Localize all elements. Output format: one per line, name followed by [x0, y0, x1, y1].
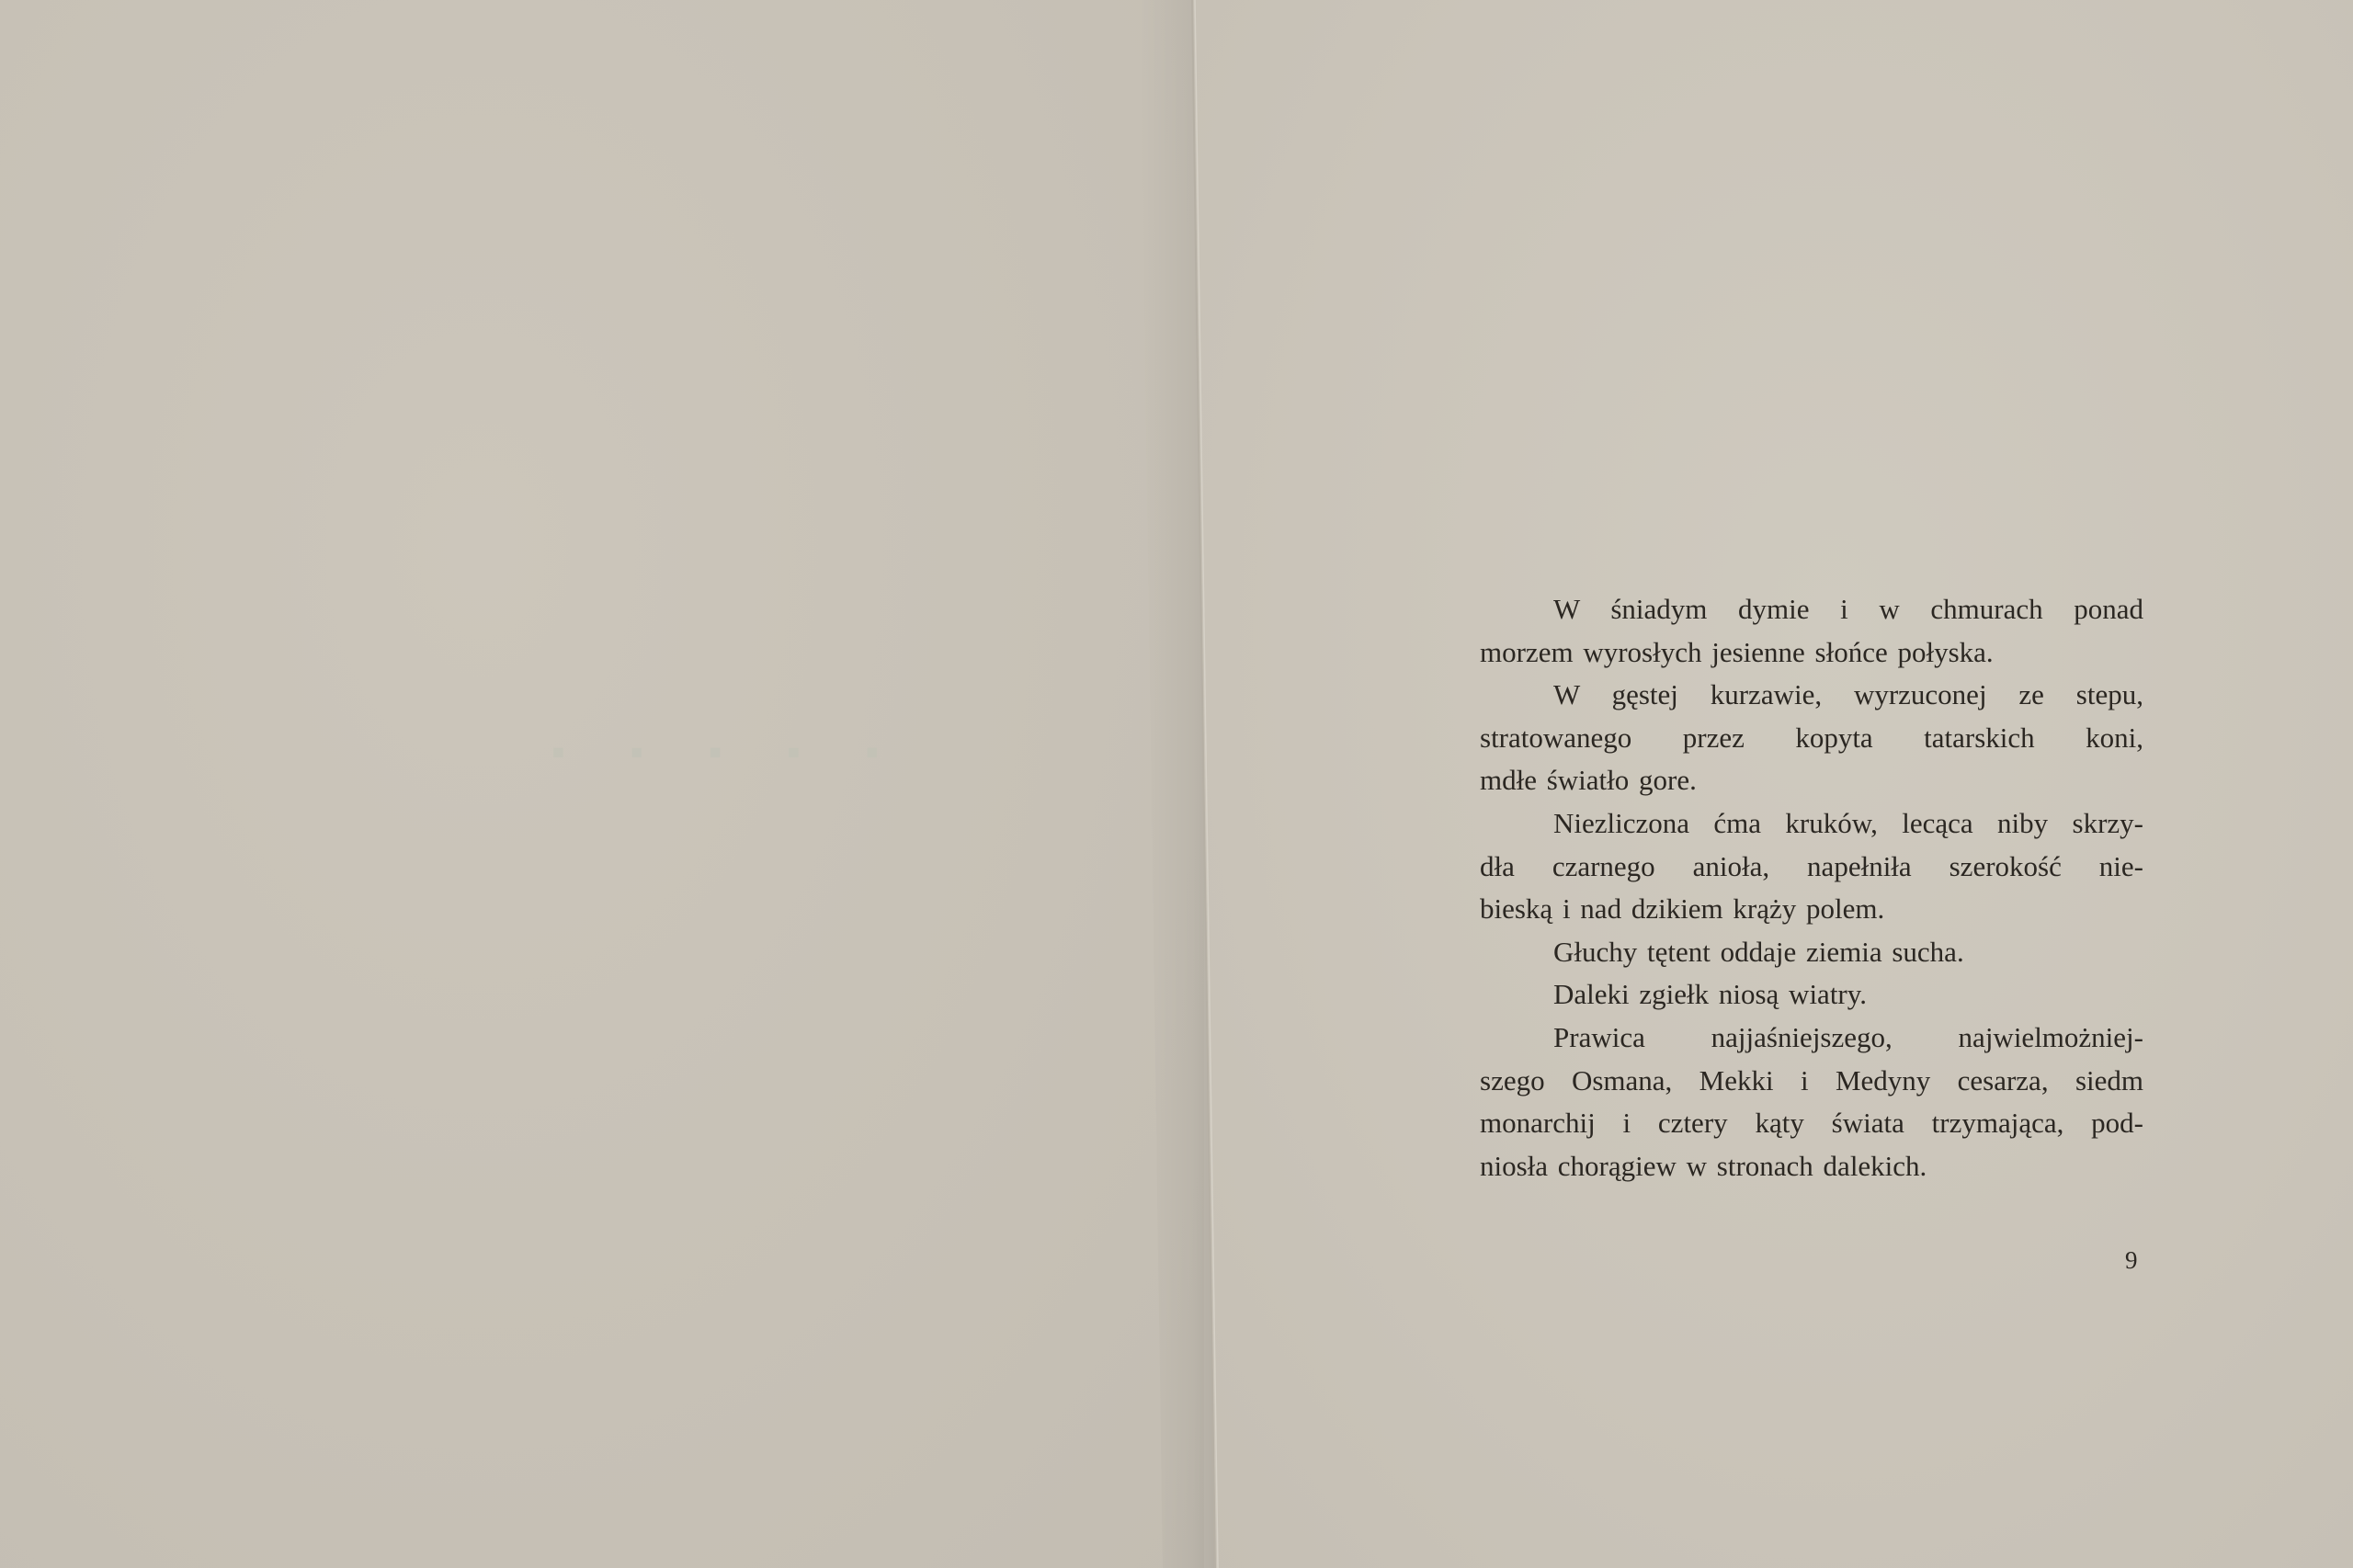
paragraph-4: Głuchy tętent oddaje ziemia sucha. — [1480, 931, 2143, 974]
text-line: W gęstej kurzawie, wyrzuconej ze stepu, — [1480, 674, 2143, 717]
paragraph-6: Prawica najjaśniejszego, najwielmożniej-… — [1480, 1017, 2143, 1187]
text-line: dła czarnego anioła, napełniła szerokość… — [1480, 846, 2143, 889]
text-line: stratowanego przez kopyta tatarskich kon… — [1480, 717, 2143, 760]
text-line: Prawica najjaśniejszego, najwielmożniej- — [1480, 1017, 2143, 1060]
text-line: Niezliczona ćma kruków, lecąca niby skrz… — [1480, 802, 2143, 846]
paragraph-1: W śniadym dymie i w chmurach ponad morze… — [1480, 588, 2143, 674]
text-line: Daleki zgiełk niosą wiatry. — [1480, 973, 2143, 1017]
page-number: 9 — [2125, 1246, 2138, 1275]
paragraph-3: Niezliczona ćma kruków, lecąca niby skrz… — [1480, 802, 2143, 931]
text-line: bieską i nad dzikiem krąży polem. — [1480, 888, 2143, 931]
text-line: szego Osmana, Mekki i Medyny cesarza, si… — [1480, 1060, 2143, 1103]
text-line: Głuchy tętent oddaje ziemia sucha. — [1480, 931, 2143, 974]
paragraph-2: W gęstej kurzawie, wyrzuconej ze stepu, … — [1480, 674, 2143, 802]
text-line: mdłe światło gore. — [1480, 759, 2143, 802]
text-line: monarchij i cztery kąty świata trzymając… — [1480, 1102, 2143, 1145]
left-page: ▪ ▪ ▪ ▪ ▪ — [0, 0, 1204, 1568]
paragraph-5: Daleki zgiełk niosą wiatry. — [1480, 973, 2143, 1017]
text-line: niosła chorągiew w stronach dalekich. — [1480, 1145, 2143, 1188]
text-line: W śniadym dymie i w chmurach ponad — [1480, 588, 2143, 631]
text-line: morzem wyrosłych jesienne słońce połyska… — [1480, 631, 2143, 675]
bleed-through-mark: ▪ ▪ ▪ ▪ ▪ — [551, 731, 906, 775]
body-text: W śniadym dymie i w chmurach ponad morze… — [1480, 588, 2143, 1187]
